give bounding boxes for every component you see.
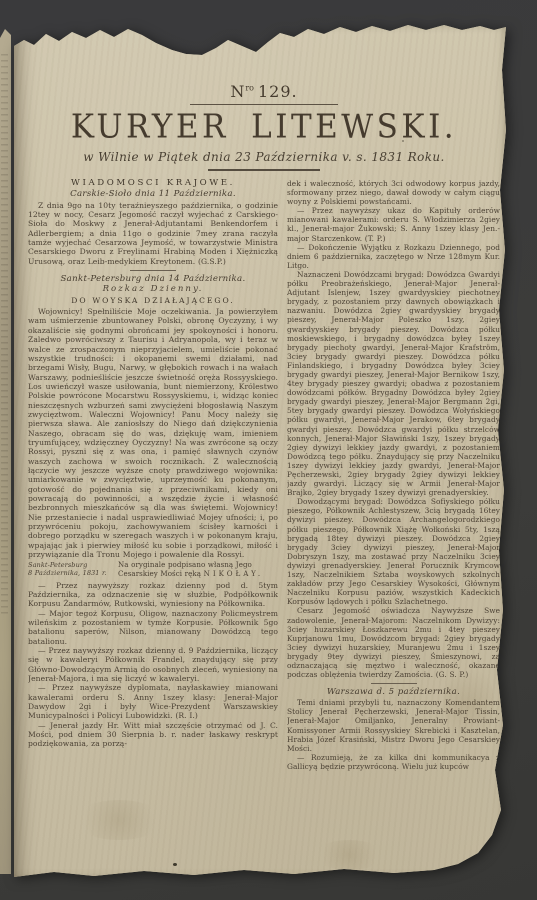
- signature-name-nikolay: NIKOŁAY.: [204, 569, 264, 578]
- issue-superscript: ro: [245, 84, 254, 93]
- paper-stain: [74, 800, 164, 840]
- masthead-dateline: w Wilnie w Piątek dnia 23 Października v…: [28, 150, 500, 164]
- article-carskie-siolo: Z dnia 9go na 10ty teraźnieyszego paździ…: [28, 201, 278, 266]
- ink-speck: [173, 863, 177, 866]
- signature-note: Na oryginale podpisano własną Jego Cesar…: [118, 561, 278, 578]
- news-item: — Jenerał jazdy Hr. Witt miał szczęście …: [28, 721, 278, 749]
- heading-do-woyska: DO WOYSKA DZIAŁAJĄCEGO.: [28, 296, 278, 305]
- news-item: — Przez naywyższe dyplomata, nayłaskawie…: [28, 683, 278, 720]
- newspaper-page: Nro129. KURYER LITEWSKI. w Wilnie w Piąt…: [14, 20, 506, 880]
- columns: WIADOMOŚCI KRAJOWE. Carskie-Sioło dnia 1…: [28, 179, 500, 795]
- scanned-newspaper-view: Nro129. KURYER LITEWSKI. w Wilnie w Piąt…: [0, 0, 537, 900]
- news-item: — Major tegoż Korpusu, Oligow, naznaczon…: [28, 609, 278, 646]
- paper-sheet: Nro129. KURYER LITEWSKI. w Wilnie w Piąt…: [14, 20, 506, 880]
- masthead: Nro129. KURYER LITEWSKI. w Wilnie w Piąt…: [28, 20, 500, 171]
- signature-place-date: Sankt-Petersburg 8 Października, 1831 r.: [28, 561, 112, 577]
- masthead-rule-bottom: [208, 169, 320, 171]
- news-item: — Przez naywyższy ukaz do Kapituły order…: [287, 206, 500, 242]
- adjacent-page-edge: [0, 24, 11, 874]
- issue-value: 129.: [258, 82, 298, 101]
- left-column: WIADOMOŚCI KRAJOWE. Carskie-Sioło dnia 1…: [28, 179, 278, 795]
- issue-prefix: N: [230, 82, 245, 101]
- page-content: Nro129. KURYER LITEWSKI. w Wilnie w Piąt…: [14, 20, 506, 795]
- issue-number: Nro129.: [28, 82, 500, 101]
- news-item: — Dokończenie Wyjątku z Rozkazu Dzienneg…: [287, 243, 500, 270]
- newspaper-title: KURYER LITEWSKI.: [28, 108, 500, 145]
- masthead-rule-top: [190, 104, 338, 105]
- section-heading-wiadomosci-krajowe: WIADOMOŚCI KRAJOWE.: [28, 179, 278, 188]
- news-item: — Przez naywyższy rozkaz dzienny d. 9 Pa…: [28, 646, 278, 683]
- section-divider-rule: [371, 683, 417, 684]
- news-item: — Przez naywyższy rozkaz dzienny pod d. …: [28, 581, 278, 609]
- dateline-carskie-siolo: Carskie-Sioło dnia 11 Października.: [28, 190, 278, 199]
- article-naznaczeni-dowodzcami: Naznaczeni Dowódzcami brygad: Dowódzca G…: [287, 270, 500, 497]
- continuation-paragraph: dek i waleczność, których 3ci odwodowy k…: [287, 179, 500, 206]
- article-address-to-army: Wojownicy! Spełniliście Moje oczekiwania…: [28, 307, 278, 559]
- signature-block: Sankt-Petersburg 8 Października, 1831 r.…: [28, 561, 278, 578]
- dateline-sankt-petersburg: Sankt-Petersburg dnia 14 Października.: [28, 275, 278, 284]
- heading-rozkaz-dzienny: Rozkaz Dzienny.: [28, 285, 278, 294]
- ink-speck: [402, 140, 404, 142]
- paper-stain: [444, 660, 494, 750]
- paper-stain: [314, 840, 384, 870]
- section-divider-rule: [130, 270, 176, 271]
- article-dowodzacymi-brygad: Dowodzącymi brygad: Dowódzca Sofiyskiego…: [287, 497, 500, 606]
- article-warszawa-item: — Rozumieją, że za kilka dni kommunikacy…: [287, 753, 500, 771]
